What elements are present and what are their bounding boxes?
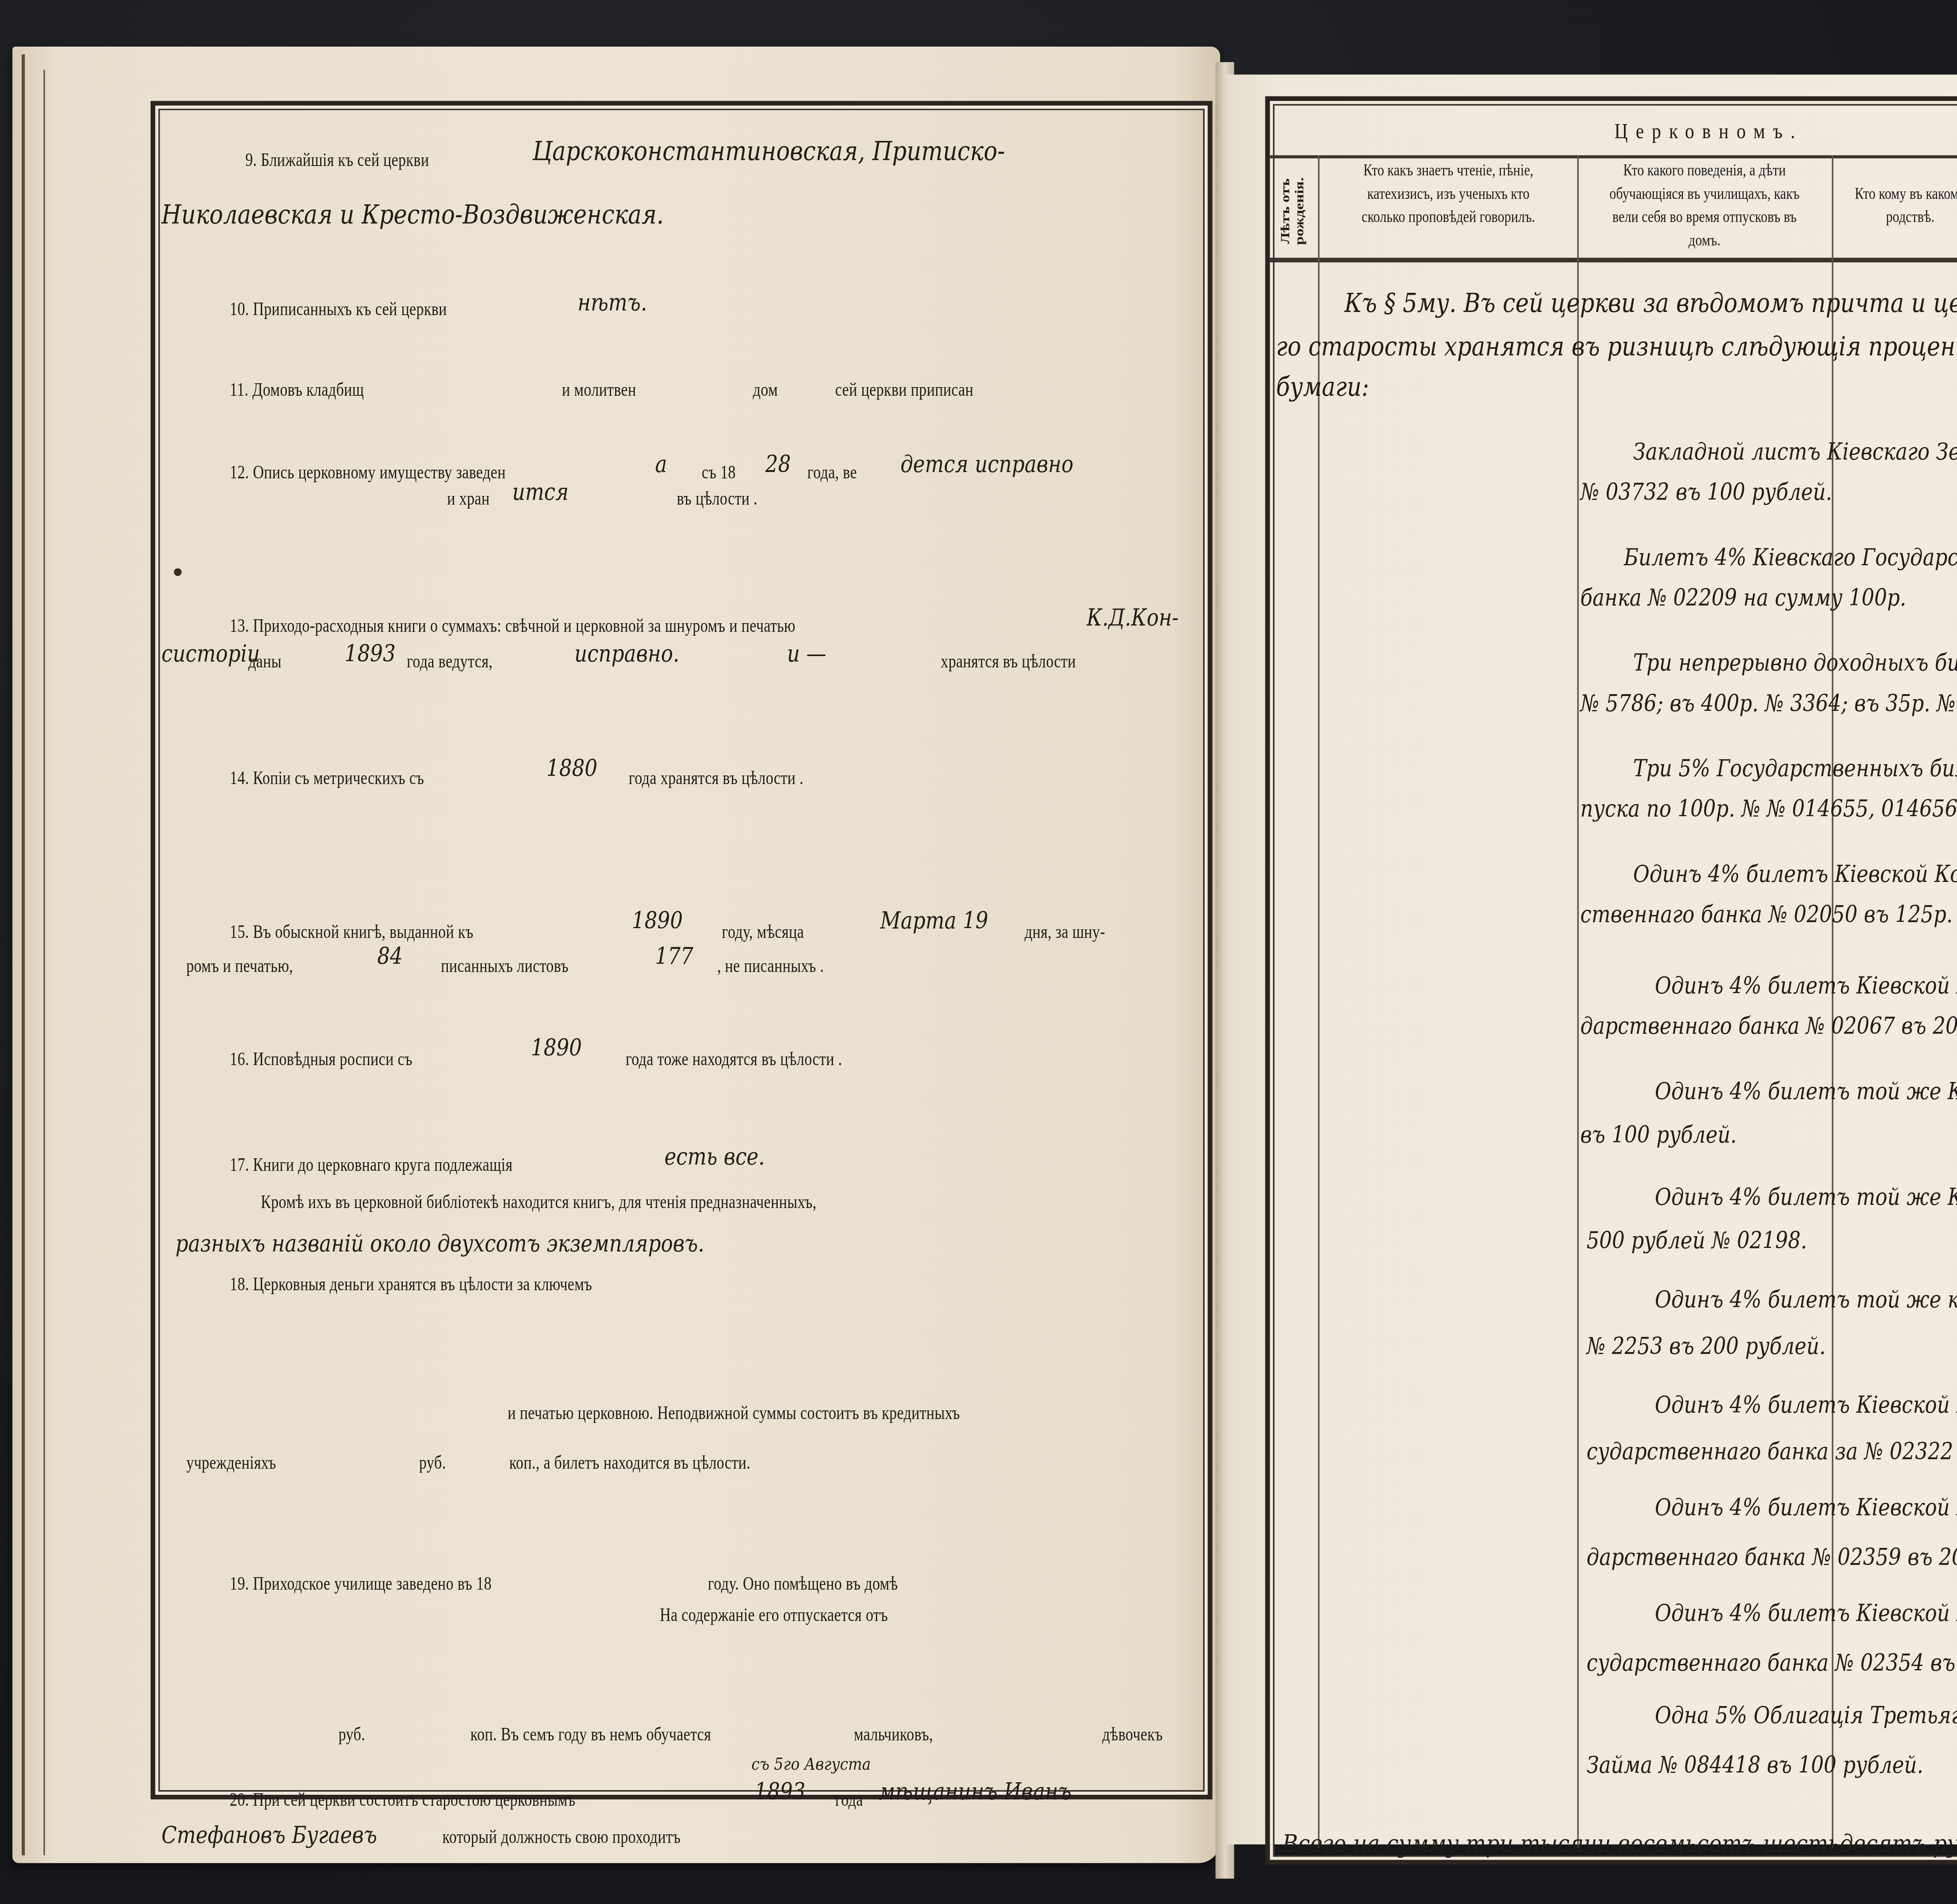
page-edge-line	[43, 70, 45, 1855]
item-19-label: 19. Приходское училище заведено въ 18	[230, 1573, 492, 1596]
entry-13-line-1: Одна 5% Облигація Третьяго Восточнаго	[1655, 1702, 1957, 1729]
total-sum-line: Всего на сумму три тысячи восемьсотъ шес…	[1282, 1829, 1957, 1858]
entry-6-line-1: Одинъ 4% билетъ Кіевской Конторы Госу-	[1655, 972, 1957, 1000]
page-edge-line	[22, 54, 25, 1855]
header-rule	[1270, 155, 1957, 159]
item-9-handwriting-line2: Николаевская и Кресто-Воздвиженская.	[161, 200, 664, 231]
item-19-label-c: На содержаніе его отпускается отъ	[660, 1604, 888, 1627]
entry-12-line-2: сударственнаго банка № 02354 въ 100р.	[1586, 1649, 1957, 1677]
item-20-label: 20. При сей церкви состоитъ старостою це…	[230, 1789, 575, 1812]
intro-line-1: Къ § 5му. Въ сей церкви за вѣдомомъ прич…	[1344, 289, 1957, 320]
item-14-label-b: года хранятся въ цѣлости .	[629, 767, 803, 790]
item-17-label: 17. Книги до церковнаго круга подлежащія	[230, 1154, 513, 1177]
table-title: Церковномъ.	[1615, 121, 1803, 146]
item-13-hand-b: систоріи	[161, 640, 260, 667]
item-13-hand-e: и —	[787, 640, 826, 667]
entry-7-line-2: въ 100 рублей.	[1580, 1121, 1737, 1149]
item-12-hand-d: ится	[512, 478, 569, 506]
item-12-hand-a: а	[655, 450, 667, 478]
item-13-label-b: даны	[249, 651, 282, 674]
item-16-label-b: года тоже находятся въ цѣлости .	[625, 1048, 842, 1071]
item-13-hand-d: исправно.	[574, 640, 679, 667]
item-12-label-c: года, ве	[807, 461, 857, 484]
item-18-label-e: коп., а билетъ находится въ цѣлости.	[509, 1451, 750, 1475]
item-12-label-b: съ 18	[702, 461, 736, 484]
item-14-hand: 1880	[546, 755, 597, 783]
column-header-knowledge: Кто какъ знаетъ чтеніе, пѣніе, катехизис…	[1345, 160, 1552, 230]
item-14-label: 14. Копіи съ метрическихъ съ	[230, 767, 424, 790]
item-20-hand-b: мѣщанинъ Иванъ	[879, 1778, 1072, 1805]
item-11-label-b: и молитвен	[562, 379, 636, 402]
entry-11-line-1: Одинъ 4% билетъ Кіевской Конторы Госу-	[1655, 1493, 1957, 1521]
item-15-label-e: писанныхъ листовъ	[441, 955, 569, 978]
entry-4-line-1: Три 5% Государственныхъ билета втораго в…	[1633, 755, 1957, 783]
item-13-hand-c: 1893	[344, 640, 395, 667]
item-18-label-b: и печатью церковною. Неподвижной суммы с…	[508, 1402, 960, 1425]
item-15-label-f: , не писанныхъ .	[717, 955, 824, 978]
entry-2-line-2: банка № 02209 на сумму 100р.	[1580, 584, 1907, 611]
ink-dot	[174, 568, 182, 576]
item-20-hand-c: Стефановъ Бугаевъ	[161, 1821, 377, 1849]
entry-10-line-2: сударственнаго банка за № 02322 въ 100р.	[1586, 1438, 1957, 1466]
item-13-label-d: хранятся въ цѣлости	[941, 651, 1076, 674]
entry-2-line-1: Билетъ 4% Кіевскаго Государственнаго	[1624, 543, 1957, 571]
item-13-label-c: года ведутся,	[407, 651, 492, 674]
item-15-hand-d: 177	[655, 942, 694, 970]
entry-9-line-1: Одинъ 4% билетъ той же конторы	[1655, 1286, 1957, 1313]
item-17-label-b: Кромѣ ихъ въ церковной библіотекѣ находи…	[261, 1191, 816, 1214]
item-11-label-d: сей церкви приписан	[835, 379, 973, 402]
intro-line-2: го старосты хранятся въ ризницѣ слѣдующі…	[1276, 332, 1957, 363]
item-19-label-b: году. Оно помѣщено въ домѣ	[708, 1573, 898, 1596]
entry-5-line-1: Одинъ 4% билетъ Кіевской Конторы Государ…	[1633, 860, 1957, 888]
intro-line-3: бумаги:	[1276, 373, 1369, 404]
entry-3-line-1: Три непрерывно доходныхъ билета: а) въ 1…	[1633, 649, 1957, 677]
entry-12-line-1: Одинъ 4% билетъ Кіевской Конторы Го-	[1655, 1599, 1957, 1627]
item-19-label-g: дѣвочекъ	[1102, 1723, 1163, 1746]
item-10-handwriting: нѣтъ.	[577, 289, 647, 317]
item-20-label-c: который должность свою проходитъ	[442, 1826, 681, 1849]
item-11-label: 11. Домовъ кладбищ	[230, 379, 364, 402]
item-15-label: 15. Въ обыскной книгѣ, выданной къ	[230, 921, 474, 944]
item-12-hand-c: дется исправно	[900, 450, 1073, 478]
item-18-label-d: руб.	[419, 1451, 446, 1475]
item-15-hand-c: 84	[377, 942, 403, 970]
column-header-behavior: Кто какого поведенія, а дѣти обучающіяся…	[1604, 160, 1805, 253]
entry-4-line-2: пуска по 100р. № № 014655, 014656, 01465…	[1580, 795, 1957, 823]
item-12-label-e: въ цѣлости .	[677, 487, 757, 510]
item-15-hand-b: Марта 19	[880, 907, 988, 934]
entry-1-line-1: Закладной листъ Кіевскаго Земельнаго бан…	[1633, 438, 1957, 465]
column-header-age: Лѣтъ отъ рожденія.	[1274, 160, 1312, 253]
item-10-label: 10. Приписанныхъ къ сей церкви	[230, 298, 447, 321]
item-20-label-b: года	[835, 1789, 863, 1812]
item-12-label-d: и хран	[447, 487, 490, 510]
item-15-label-d: ромъ и печатью,	[186, 955, 293, 978]
item-19-label-f: мальчиковъ,	[854, 1723, 933, 1746]
item-15-label-b: году, мѣсяца	[722, 921, 804, 944]
item-16-hand: 1890	[531, 1034, 582, 1062]
header-rule	[1270, 258, 1957, 262]
item-19-label-d: руб.	[339, 1723, 365, 1746]
column-divider	[1832, 155, 1833, 1848]
column-divider	[1577, 155, 1579, 1848]
item-12-label: 12. Опись церковному имуществу заведен	[230, 461, 506, 484]
entry-8-line-2: 500 рублей № 02198.	[1586, 1226, 1807, 1254]
item-16-label: 16. Исповѣдныя росписи съ	[230, 1048, 413, 1071]
entry-6-line-2: дарственнаго банка № 02067 въ 200р.	[1580, 1012, 1957, 1040]
item-18-label-c: учрежденіяхъ	[186, 1451, 276, 1475]
item-11-label-c: дом	[753, 379, 778, 402]
item-15-label-c: дня, за шну-	[1025, 921, 1105, 944]
item-9-handwriting: Царскоконстантиновская, Притиско-	[532, 137, 1005, 168]
item-15-hand-a: 1890	[632, 907, 683, 934]
item-20-hand-a: 1893	[755, 1778, 806, 1805]
item-17-hand-a: есть все.	[665, 1143, 765, 1170]
entry-9-line-2: № 2253 въ 200 рублей.	[1586, 1332, 1825, 1360]
item-17-hand-b: разныхъ названій около двухсотъ экземпля…	[175, 1230, 704, 1257]
entry-1-line-2: № 03732 въ 100 рублей.	[1580, 478, 1833, 506]
entry-11-line-2: дарственнаго банка № 02359 въ 200р.	[1586, 1543, 1957, 1571]
item-19-label-e: коп. Въ семъ году въ немъ обучается	[470, 1723, 711, 1746]
item-13-label: 13. Приходо-расходныя книги о суммахъ: с…	[230, 615, 795, 638]
column-header-kinship: Кто кому въ какомъ родствѣ.	[1850, 183, 1957, 230]
entry-10-line-1: Одинъ 4% билетъ Кіевской Конторы Го-	[1655, 1391, 1957, 1419]
entry-7-line-1: Одинъ 4% билетъ той же Конторы № 02184	[1655, 1078, 1957, 1105]
entry-5-line-2: ственнаго банка № 02050 въ 125р.	[1580, 900, 1953, 928]
item-18-label: 18. Церковныя деньги хранятся въ цѣлости…	[230, 1273, 592, 1296]
open-register-book: 9. Ближайшія къ сей церкви Царскоконстан…	[0, 0, 1957, 1904]
item-20-hand-above: съ 5го Августа	[751, 1754, 871, 1775]
entry-8-line-1: Одинъ 4% билетъ той же Конторы въ	[1655, 1183, 1957, 1211]
column-divider	[1318, 155, 1319, 1848]
item-13-hand-a: К.Д.Кон-	[1087, 604, 1179, 632]
entry-3-line-2: № 5786; въ 400р. № 3364; въ 35р. № 17034…	[1580, 689, 1957, 717]
entry-13-line-2: Займа № 084418 въ 100 рублей.	[1586, 1751, 1923, 1779]
item-12-hand-b: 28	[765, 450, 791, 478]
item-9-label: 9. Ближайшія къ сей церкви	[245, 149, 429, 172]
